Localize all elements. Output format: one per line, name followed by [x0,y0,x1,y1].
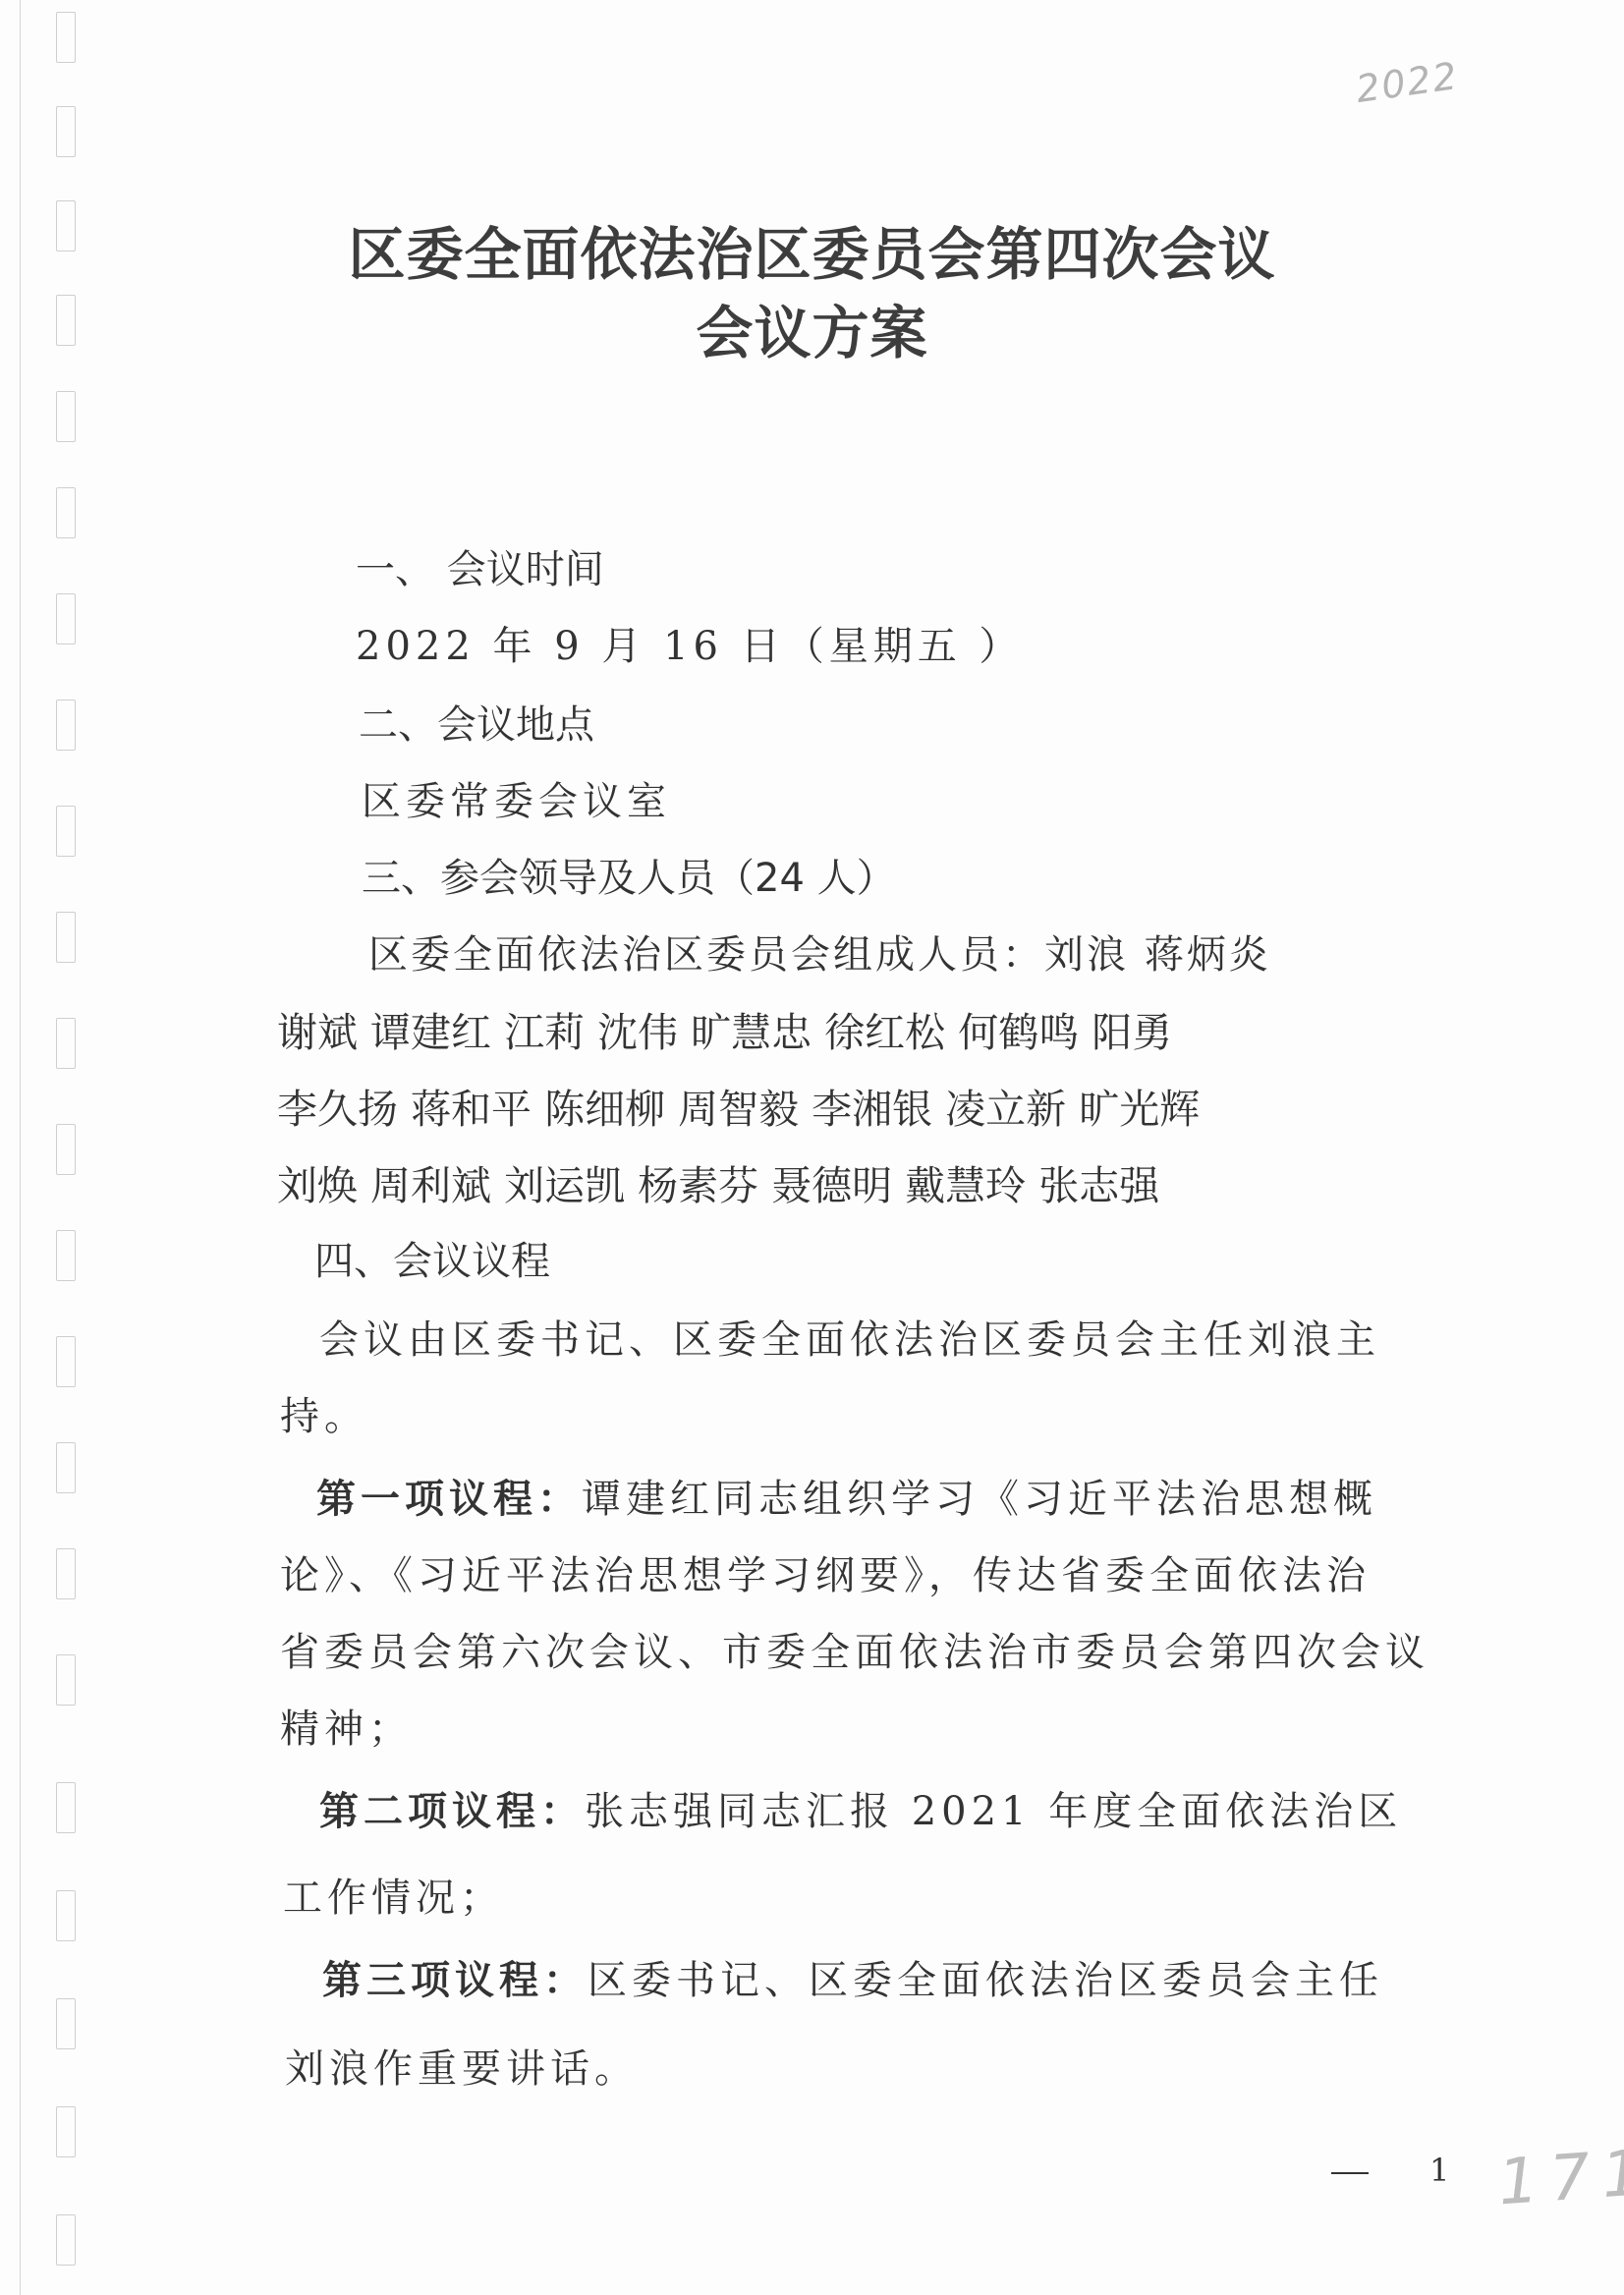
page-number: 1 [1331,2152,1449,2189]
page-number-value: 1 [1429,2152,1449,2189]
binding-hole [56,2214,76,2266]
agenda-item-text: 谭建红同志组织学习《习近平法治思想概 [582,1477,1377,1522]
meeting-location: 区委常委会议室 [362,770,671,826]
agenda-item-text: 张志强同志汇报 2021 年度全面依法治区 [585,1789,1402,1834]
agenda-item-label: 第三项议程： [322,1957,588,2003]
document-title: 区委全面依法治区委员会第四次会议 [0,208,1624,291]
agenda-item-text: 区委书记、区委全面依法治区委员会主任 [588,1958,1383,2003]
binding-hole [56,1018,76,1069]
agenda-item-1-line: 精神； [280,1698,413,1754]
section-heading-location: 二、会议地点 [359,694,594,750]
handwritten-year-annotation: 2022 [1353,54,1461,111]
attendee-names-line: 刘焕 周利斌 刘运凯 杨素芬 聂德明 戴慧玲 张志强 [277,1153,1159,1211]
agenda-item-label: 第一项议程： [316,1476,582,1522]
binding-hole [56,1782,76,1833]
binding-hole [56,391,76,442]
agenda-item-3: 第三项议程：区委书记、区委全面依法治区委员会主任 [322,1949,1383,2005]
binding-hole [56,487,76,538]
binding-hole [56,1998,76,2049]
page-dash [1331,2172,1369,2174]
binding-hole [56,1442,76,1493]
handwritten-page-annotation: 171 [1496,2137,1624,2220]
agenda-item-3-line: 刘浪作重要讲话。 [285,2038,639,2094]
attendee-names-line: 李久扬 蒋和平 陈细柳 周智毅 李湘银 凌立新 旷光辉 [277,1077,1200,1135]
binding-hole [56,593,76,644]
attendee-names-line: 谢斌 谭建红 江莉 沈伟 旷慧忠 徐红松 何鹤鸣 阳勇 [277,1000,1172,1058]
binding-hole [56,12,76,63]
attendees-intro: 区委全面依法治区委员会组成人员：刘浪 蒋炳炎 [368,924,1271,980]
document-subtitle: 会议方案 [0,287,1624,369]
agenda-item-2: 第二项议程：张志强同志汇报 2021 年度全面依法治区 [319,1780,1402,1836]
binding-hole [56,106,76,157]
binding-hole [56,1230,76,1281]
binding-hole [56,2106,76,2157]
binding-hole [56,1124,76,1175]
binding-hole [56,700,76,751]
meeting-date: 2022 年 9 月 16 日（星期五 ） [356,615,1023,671]
agenda-item-1: 第一项议程：谭建红同志组织学习《习近平法治思想概 [316,1468,1377,1524]
binding-hole [56,1654,76,1706]
agenda-item-1-line: 论》、《习近平法治思想学习纲要》，传达省委全面依法治 [280,1544,1371,1600]
agenda-host: 会议由区委书记、区委全面依法治区委员会主任刘浪主 [319,1309,1380,1365]
section-heading-attendees: 三、参会领导及人员（24 人） [362,847,896,903]
binding-hole [56,1890,76,1941]
binding-hole [56,1548,76,1599]
binding-hole [56,912,76,963]
section-heading-time: 一、 会议时间 [356,538,604,594]
agenda-item-1-line: 省委员会第六次会议、市委全面依法治市委员会第四次会议 [280,1621,1429,1677]
binding-hole [56,1336,76,1387]
binding-hole [56,806,76,857]
agenda-item-2-line: 工作情况； [283,1867,504,1923]
agenda-host-cont: 持。 [280,1385,368,1441]
agenda-item-label: 第二项议程： [319,1788,585,1834]
section-heading-agenda: 四、会议议程 [314,1230,550,1286]
